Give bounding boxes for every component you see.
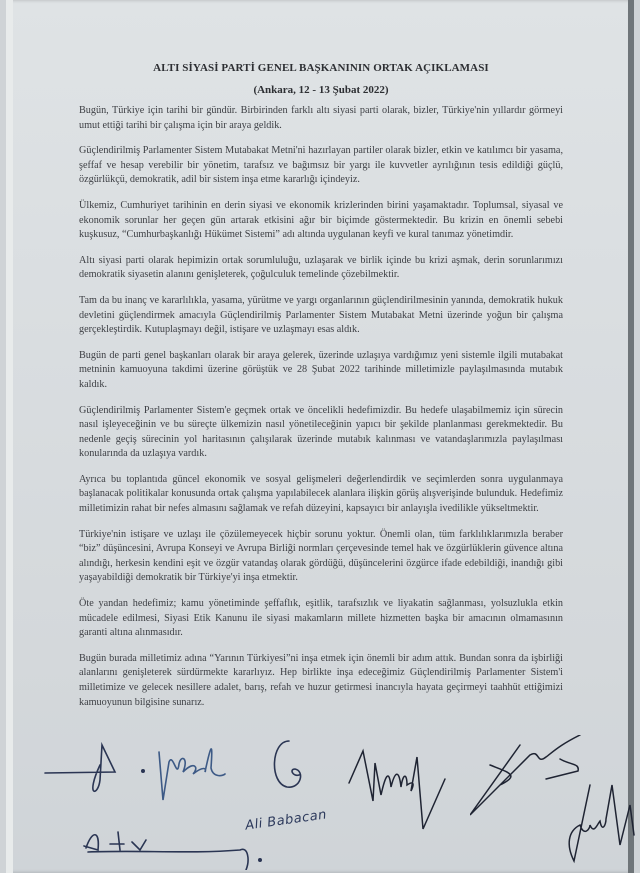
- signature-2: [155, 740, 255, 810]
- paragraph: Bugün de parti genel başkanları olarak b…: [79, 349, 563, 393]
- paragraph: Bugün burada milletimiz adına “Yarının T…: [79, 652, 563, 710]
- paragraph: Ülkemiz, Cumhuriyet tarihinin en derin s…: [79, 199, 563, 243]
- signature-4: [80, 820, 280, 870]
- signature-3: [265, 735, 315, 795]
- signature-7: [560, 775, 640, 865]
- paragraph: Güçlendirilmiş Parlamenter Sistem'e geçm…: [79, 404, 563, 462]
- signature-1: [40, 735, 150, 805]
- signature-area: Ali Babacan: [0, 735, 640, 873]
- document-title: ALTI SİYASİ PARTİ GENEL BAŞKANININ ORTAK…: [79, 62, 563, 74]
- paragraph: Tam da bu inanç ve kararlılıkla, yasama,…: [79, 294, 563, 338]
- paragraph: Altı siyasi parti olarak hepimizin ortak…: [79, 254, 563, 283]
- signature-5: [345, 743, 475, 838]
- document-subtitle: (Ankara, 12 - 13 Şubat 2022): [79, 84, 563, 96]
- paragraph: Öte yandan hedefimiz; kamu yönetiminde ş…: [79, 597, 563, 641]
- document-body: ALTI SİYASİ PARTİ GENEL BAŞKANININ ORTAK…: [79, 62, 563, 721]
- paragraph: Türkiye'nin istişare ve uzlaşı ile çözül…: [79, 528, 563, 586]
- paragraph: Ayrıca bu toplantıda güncel ekonomik ve …: [79, 473, 563, 517]
- paragraph: Bugün, Türkiye için tarihi bir gündür. B…: [79, 104, 563, 133]
- paragraph: Güçlendirilmiş Parlamenter Sistem Mutaba…: [79, 144, 563, 188]
